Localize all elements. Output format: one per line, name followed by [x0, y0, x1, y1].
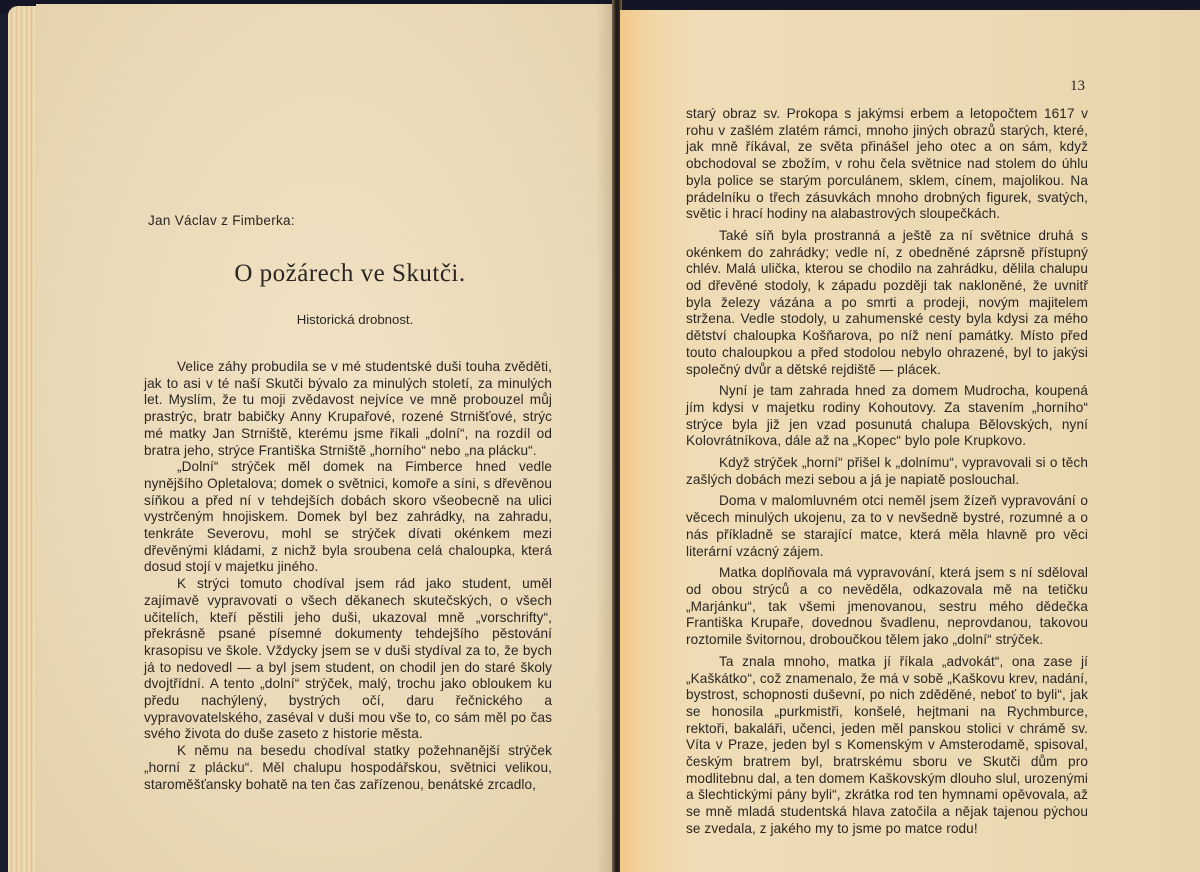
paragraph: Matka doplňovala má vypravování, která j… — [686, 565, 1088, 649]
book-spread: Jan Václav z Fimberka: O požárech ve Sku… — [0, 0, 1200, 872]
paragraph: Ta znala mnoho, matka jí říkala „advokát… — [686, 654, 1088, 838]
paragraph: starý obraz sv. Prokopa s jakýmsi erbem … — [686, 106, 1088, 223]
paragraph: Velice záhy probudila se v mé studentské… — [144, 359, 552, 459]
paragraph: Také síň byla prostranná a ještě za ní s… — [686, 228, 1088, 378]
paragraph: „Dolní“ strýček měl domek na Fimberce hn… — [144, 459, 552, 576]
paragraph: Když strýček „horní“ přišel k „dolnímu“,… — [686, 455, 1088, 488]
left-page-body: Velice záhy probudila se v mé studentské… — [144, 359, 552, 793]
paragraph: K strýci tomuto chodíval jsem rád jako s… — [144, 576, 552, 743]
paragraph: Nyní je tam zahrada hned za domem Mudroc… — [686, 383, 1088, 450]
paragraph: Doma v malomluvném otci neměl jsem žízeň… — [686, 493, 1088, 560]
page-number: 13 — [1070, 78, 1085, 95]
author-line: Jan Václav z Fimberka: — [148, 213, 295, 228]
paragraph: K němu na besedu chodíval statky požehna… — [144, 743, 552, 793]
article-title: O požárech ve Skutči. — [160, 260, 540, 288]
article-subtitle: Historická drobnost. — [160, 312, 550, 327]
right-page-body: starý obraz sv. Prokopa s jakýmsi erbem … — [686, 106, 1088, 838]
